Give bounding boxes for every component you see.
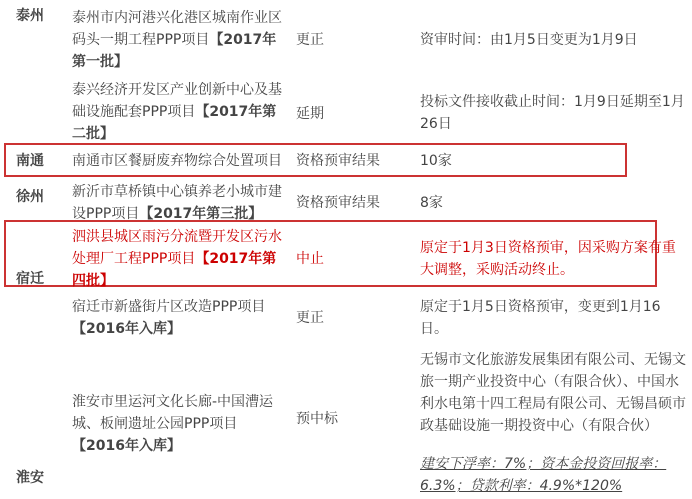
project-batch-text: 【2017年第三批】 xyxy=(139,206,262,222)
city-label-nantong: 南通 xyxy=(16,150,66,172)
project-name: 宿迁市新盛街片区改造PPP项目【2016年入库】 xyxy=(72,296,292,340)
project-name: 泰兴经济开发区产业创新中心及基础设施配套PPP项目【2017年第二批】 xyxy=(72,79,288,145)
project-name: 新沂市草桥镇中心镇养老小城市建设PPP项目【2017年第三批】 xyxy=(72,181,288,225)
project-name: 泰州市内河港兴化港区城南作业区码头一期工程PPP项目【2017年第一批】 xyxy=(72,7,288,73)
city-label-taizhou: 泰州 xyxy=(16,5,66,27)
detail-text: 原定于1月3日资格预审，因采购方案有重大调整，采购活动终止。 xyxy=(420,237,680,281)
city-label-suqian: 宿迁 xyxy=(16,268,66,290)
project-title-text: 南通市区餐厨废弃物综合处置项目 xyxy=(72,153,282,169)
detail-text: 无锡市文化旅游发展集团有限公司、无锡文旅一期产业投资中心（有限合伙）、中国水利水… xyxy=(420,349,688,437)
ppp-project-status-table: 泰州 南通 徐州 宿迁 淮安 泰州市内河港兴化港区城南作业区码头一期工程PPP项… xyxy=(0,0,692,499)
detail-note-rates: 建安下浮率：7%；资本金投资回报率：6.3%；贷款利率：4.9%*120% xyxy=(420,453,688,497)
city-label-huaian: 淮安 xyxy=(16,467,66,489)
detail-text: 原定于1月5日资格预审，变更到1月16日。 xyxy=(420,296,688,340)
status-label: 中止 xyxy=(296,248,406,270)
status-label: 预中标 xyxy=(296,408,406,430)
city-label-xuzhou: 徐州 xyxy=(16,186,66,208)
project-name: 淮安市里运河文化长廊-中国漕运城、板闸遗址公园PPP项目【2016年入库】 xyxy=(72,391,288,457)
status-label: 更正 xyxy=(296,29,406,51)
project-title-text: 淮安市里运河文化长廊-中国漕运城、板闸遗址公园PPP项目 xyxy=(72,394,273,432)
detail-text: 8家 xyxy=(420,192,688,214)
project-name: 南通市区餐厨废弃物综合处置项目 xyxy=(72,150,302,172)
detail-text: 资审时间：由1月5日变更为1月9日 xyxy=(420,29,688,51)
project-name: 泗洪县城区雨污分流暨开发区污水处理厂工程PPP项目【2017年第四批】 xyxy=(72,226,288,292)
project-batch-text: 【2016年入库】 xyxy=(72,321,181,337)
status-label: 更正 xyxy=(296,307,406,329)
status-label: 资格预审结果 xyxy=(296,150,406,172)
detail-text: 投标文件接收截止时间：1月9日延期至1月26日 xyxy=(420,91,688,135)
project-title-text: 宿迁市新盛街片区改造PPP项目 xyxy=(72,299,265,315)
status-label: 延期 xyxy=(296,103,406,125)
status-label: 资格预审结果 xyxy=(296,192,406,214)
detail-text: 10家 xyxy=(420,150,688,172)
project-batch-text: 【2016年入库】 xyxy=(72,438,181,454)
